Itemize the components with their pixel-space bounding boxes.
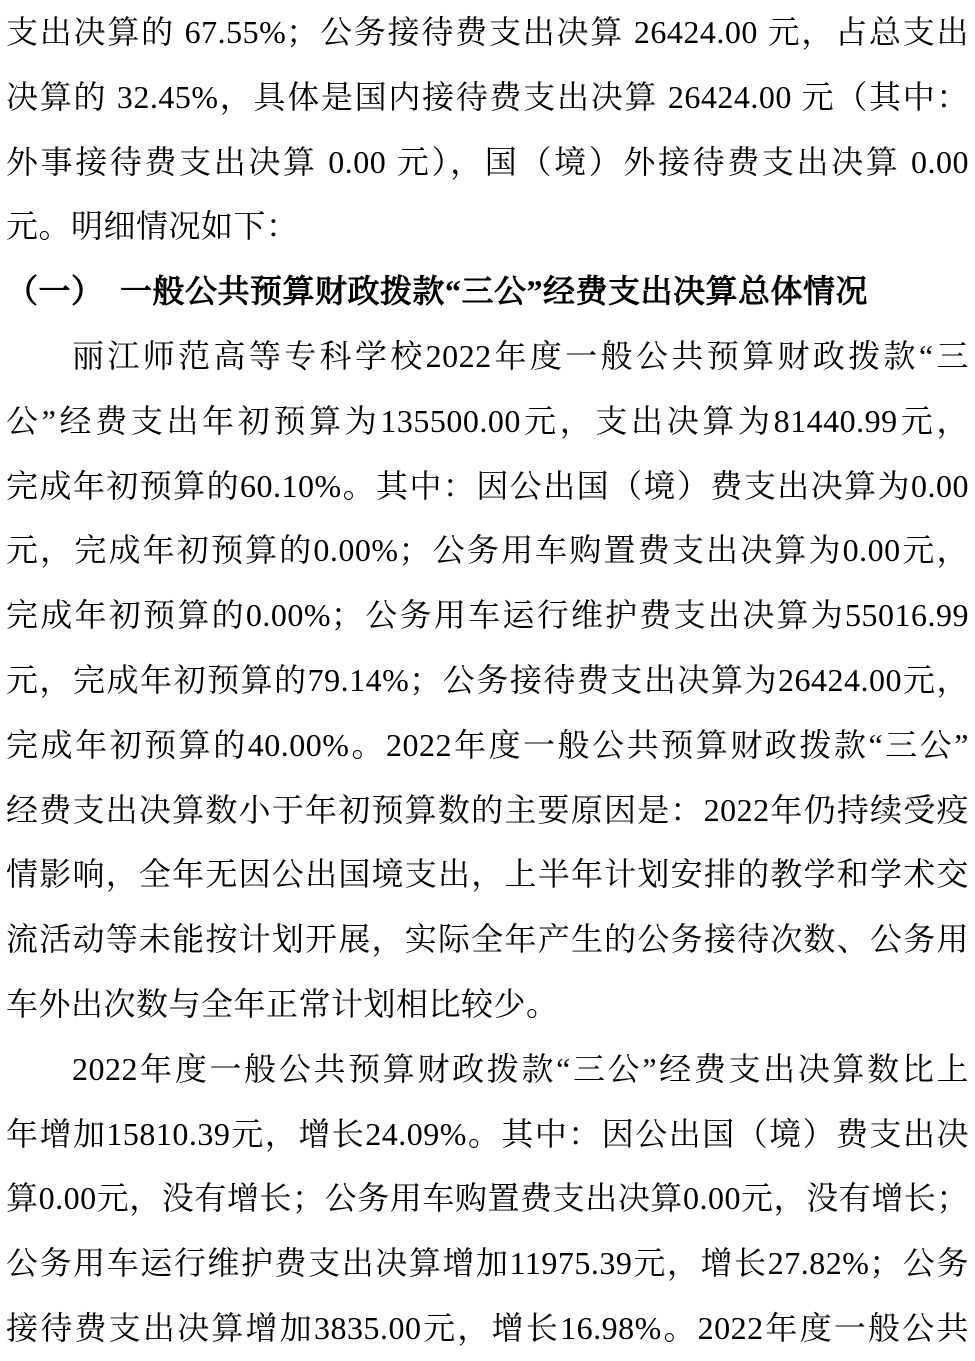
- text-line: 元，完成年初预算的0.00%；公务用车购置费支出决算为0.00元，: [6, 518, 969, 583]
- text-line: 完成年初预算的40.00%。2022年度一般公共预算财政拨款“三公”: [6, 713, 969, 778]
- text-line: 决算的 32.45%，具体是国内接待费支出决算 26424.00 元（其中：: [6, 65, 969, 130]
- text-line: 公务用车运行维护费支出决算增加11975.39元，增长27.82%；公务: [6, 1231, 969, 1296]
- section-heading: （一） 一般公共预算财政拨款“三公”经费支出决算总体情况: [6, 259, 969, 324]
- document-page: 支出决算的 67.55%；公务接待费支出决算 26424.00 元，占总支出 决…: [0, 0, 975, 1361]
- text-line: 丽江师范高等专科学校2022年度一般公共预算财政拨款“三: [6, 324, 969, 389]
- text-line: 2022年度一般公共预算财政拨款“三公”经费支出决算数比上: [6, 1037, 969, 1102]
- text-line: 接待费支出决算增加3835.00元，增长16.98%。2022年度一般公共: [6, 1296, 969, 1361]
- text-line: 完成年初预算的0.00%；公务用车运行维护费支出决算为55016.99: [6, 583, 969, 648]
- text-line: 元，完成年初预算的79.14%；公务接待费支出决算为26424.00元，: [6, 648, 969, 713]
- text-line: 年增加15810.39元，增长24.09%。其中：因公出国（境）费支出决: [6, 1102, 969, 1167]
- text-line: 算0.00元，没有增长；公务用车购置费支出决算0.00元，没有增长；: [6, 1166, 969, 1231]
- text-line: 情影响，全年无因公出国境支出，上半年计划安排的教学和学术交: [6, 842, 969, 907]
- text-line: 流活动等未能按计划开展，实际全年产生的公务接待次数、公务用: [6, 907, 969, 972]
- text-line: 公”经费支出年初预算为135500.00元，支出决算为81440.99元，: [6, 389, 969, 454]
- text-line: 车外出次数与全年正常计划相比较少。: [6, 972, 969, 1037]
- text-line: 完成年初预算的60.10%。其中：因公出国（境）费支出决算为0.00: [6, 454, 969, 519]
- text-line: 元。明细情况如下：: [6, 194, 969, 259]
- text-line: 外事接待费支出决算 0.00 元），国（境）外接待费支出决算 0.00: [6, 130, 969, 195]
- text-line: 经费支出决算数小于年初预算数的主要原因是：2022年仍持续受疫: [6, 778, 969, 843]
- text-line: 支出决算的 67.55%；公务接待费支出决算 26424.00 元，占总支出: [6, 0, 969, 65]
